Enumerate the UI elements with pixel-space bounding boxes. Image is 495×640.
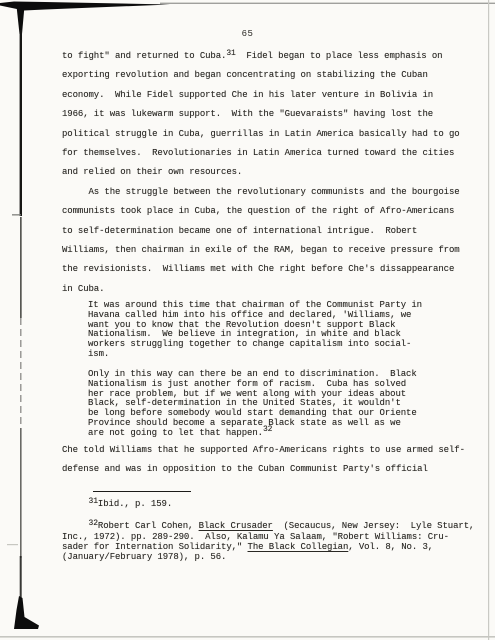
scan-mark-stem-mid (20, 217, 22, 318)
closing-paragraph: Che told Williams that he supported Afro… (62, 441, 465, 480)
text-line: Williams, then chairman in exile of the … (62, 241, 460, 260)
text-line: to fight" and returned to Cuba.31 Fidel … (62, 47, 460, 66)
page-edge-top (160, 3, 495, 4)
footnote-separator (93, 491, 191, 492)
text-line: the revisionists. Williams met with Che … (62, 260, 460, 279)
text-segment: (Secaucus, New Jersey: Lyle Stuart, (273, 521, 474, 531)
scan-mark-foot (14, 596, 39, 629)
footnote-superscript: 31 (226, 49, 235, 58)
text-segment: Robert Carl Cohen, (98, 521, 199, 531)
scan-smudge-left (7, 544, 18, 545)
text-line: communists took place in Cuba, the quest… (62, 202, 460, 221)
text-line: workers struggling together to change ca… (88, 340, 422, 350)
text-line: political struggle in Cuba, guerrillas i… (62, 125, 460, 144)
text-segment: sader for Internation Solidarity," (62, 542, 248, 552)
text-line: (January/February 1978), p. 56. (62, 552, 474, 562)
scan-mark-top-wedge (0, 2, 170, 11)
text-line: are not going to let that happen.32 (88, 429, 417, 439)
text-segment (62, 499, 89, 509)
text-line: Inc., 1972). pp. 289-290. Also, Kalamu Y… (62, 532, 474, 542)
text-line: sader for Internation Solidarity," The B… (62, 542, 474, 552)
page-edge-right (488, 0, 489, 640)
text-segment: , Vol. 8, No. 3, (348, 542, 433, 552)
text-segment: are not going to let that happen. (88, 428, 263, 438)
text-segment (62, 521, 89, 531)
text-line: 32Robert Carl Cohen, Black Crusader (Sec… (62, 521, 474, 532)
body-text: to fight" and returned to Cuba.31 Fidel … (62, 47, 460, 299)
footnote-superscript: 32 (89, 519, 98, 528)
footnote-32: 32Robert Carl Cohen, Black Crusader (Sec… (62, 521, 474, 562)
scan-mark-tick (12, 214, 21, 216)
scan-mark-stem-upper (20, 30, 22, 216)
scan-mark-stem-bottom (20, 556, 22, 602)
text-line: and relied on their own resources. (62, 163, 460, 182)
footnote-superscript: 31 (89, 497, 98, 506)
block-quote-1: It was around this time that chairman of… (88, 301, 422, 360)
block-quote-2: Only in this way can there be an end to … (88, 370, 417, 439)
page-number: 65 (0, 29, 495, 39)
scanned-page: 65 to fight" and returned to Cuba.31 Fid… (0, 0, 495, 640)
text-line: 1966, it was lukewarm support. With the … (62, 105, 460, 124)
text-line: to self-determination became one of inte… (62, 222, 460, 241)
underlined-title: Black Crusader (199, 521, 273, 531)
text-line: economy. While Fidel supported Che in hi… (62, 86, 460, 105)
text-line: 31Ibid., p. 159. (62, 499, 172, 510)
text-line: defense and was in opposition to the Cub… (62, 460, 465, 479)
text-line: exporting revolution and began concentra… (62, 66, 460, 85)
page-edge-bottom (0, 636, 495, 638)
text-line: ism. (88, 350, 422, 360)
footnote-31: 31Ibid., p. 159. (62, 499, 172, 510)
footnote-superscript: 32 (263, 425, 272, 434)
text-segment: Ibid., p. 159. (98, 499, 172, 509)
text-segment: Fidel began to place less emphasis on (236, 51, 443, 61)
text-line: As the struggle between the revolutionar… (62, 183, 460, 202)
text-line: Che told Williams that he supported Afro… (62, 441, 465, 460)
text-line: for themselves. Revolutionaries in Latin… (62, 144, 460, 163)
underlined-title: The Black Collegian (248, 542, 349, 552)
scan-mark-stem-lower (20, 428, 22, 558)
text-line: in Cuba. (62, 280, 460, 299)
text-segment: to fight" and returned to Cuba. (62, 51, 226, 61)
